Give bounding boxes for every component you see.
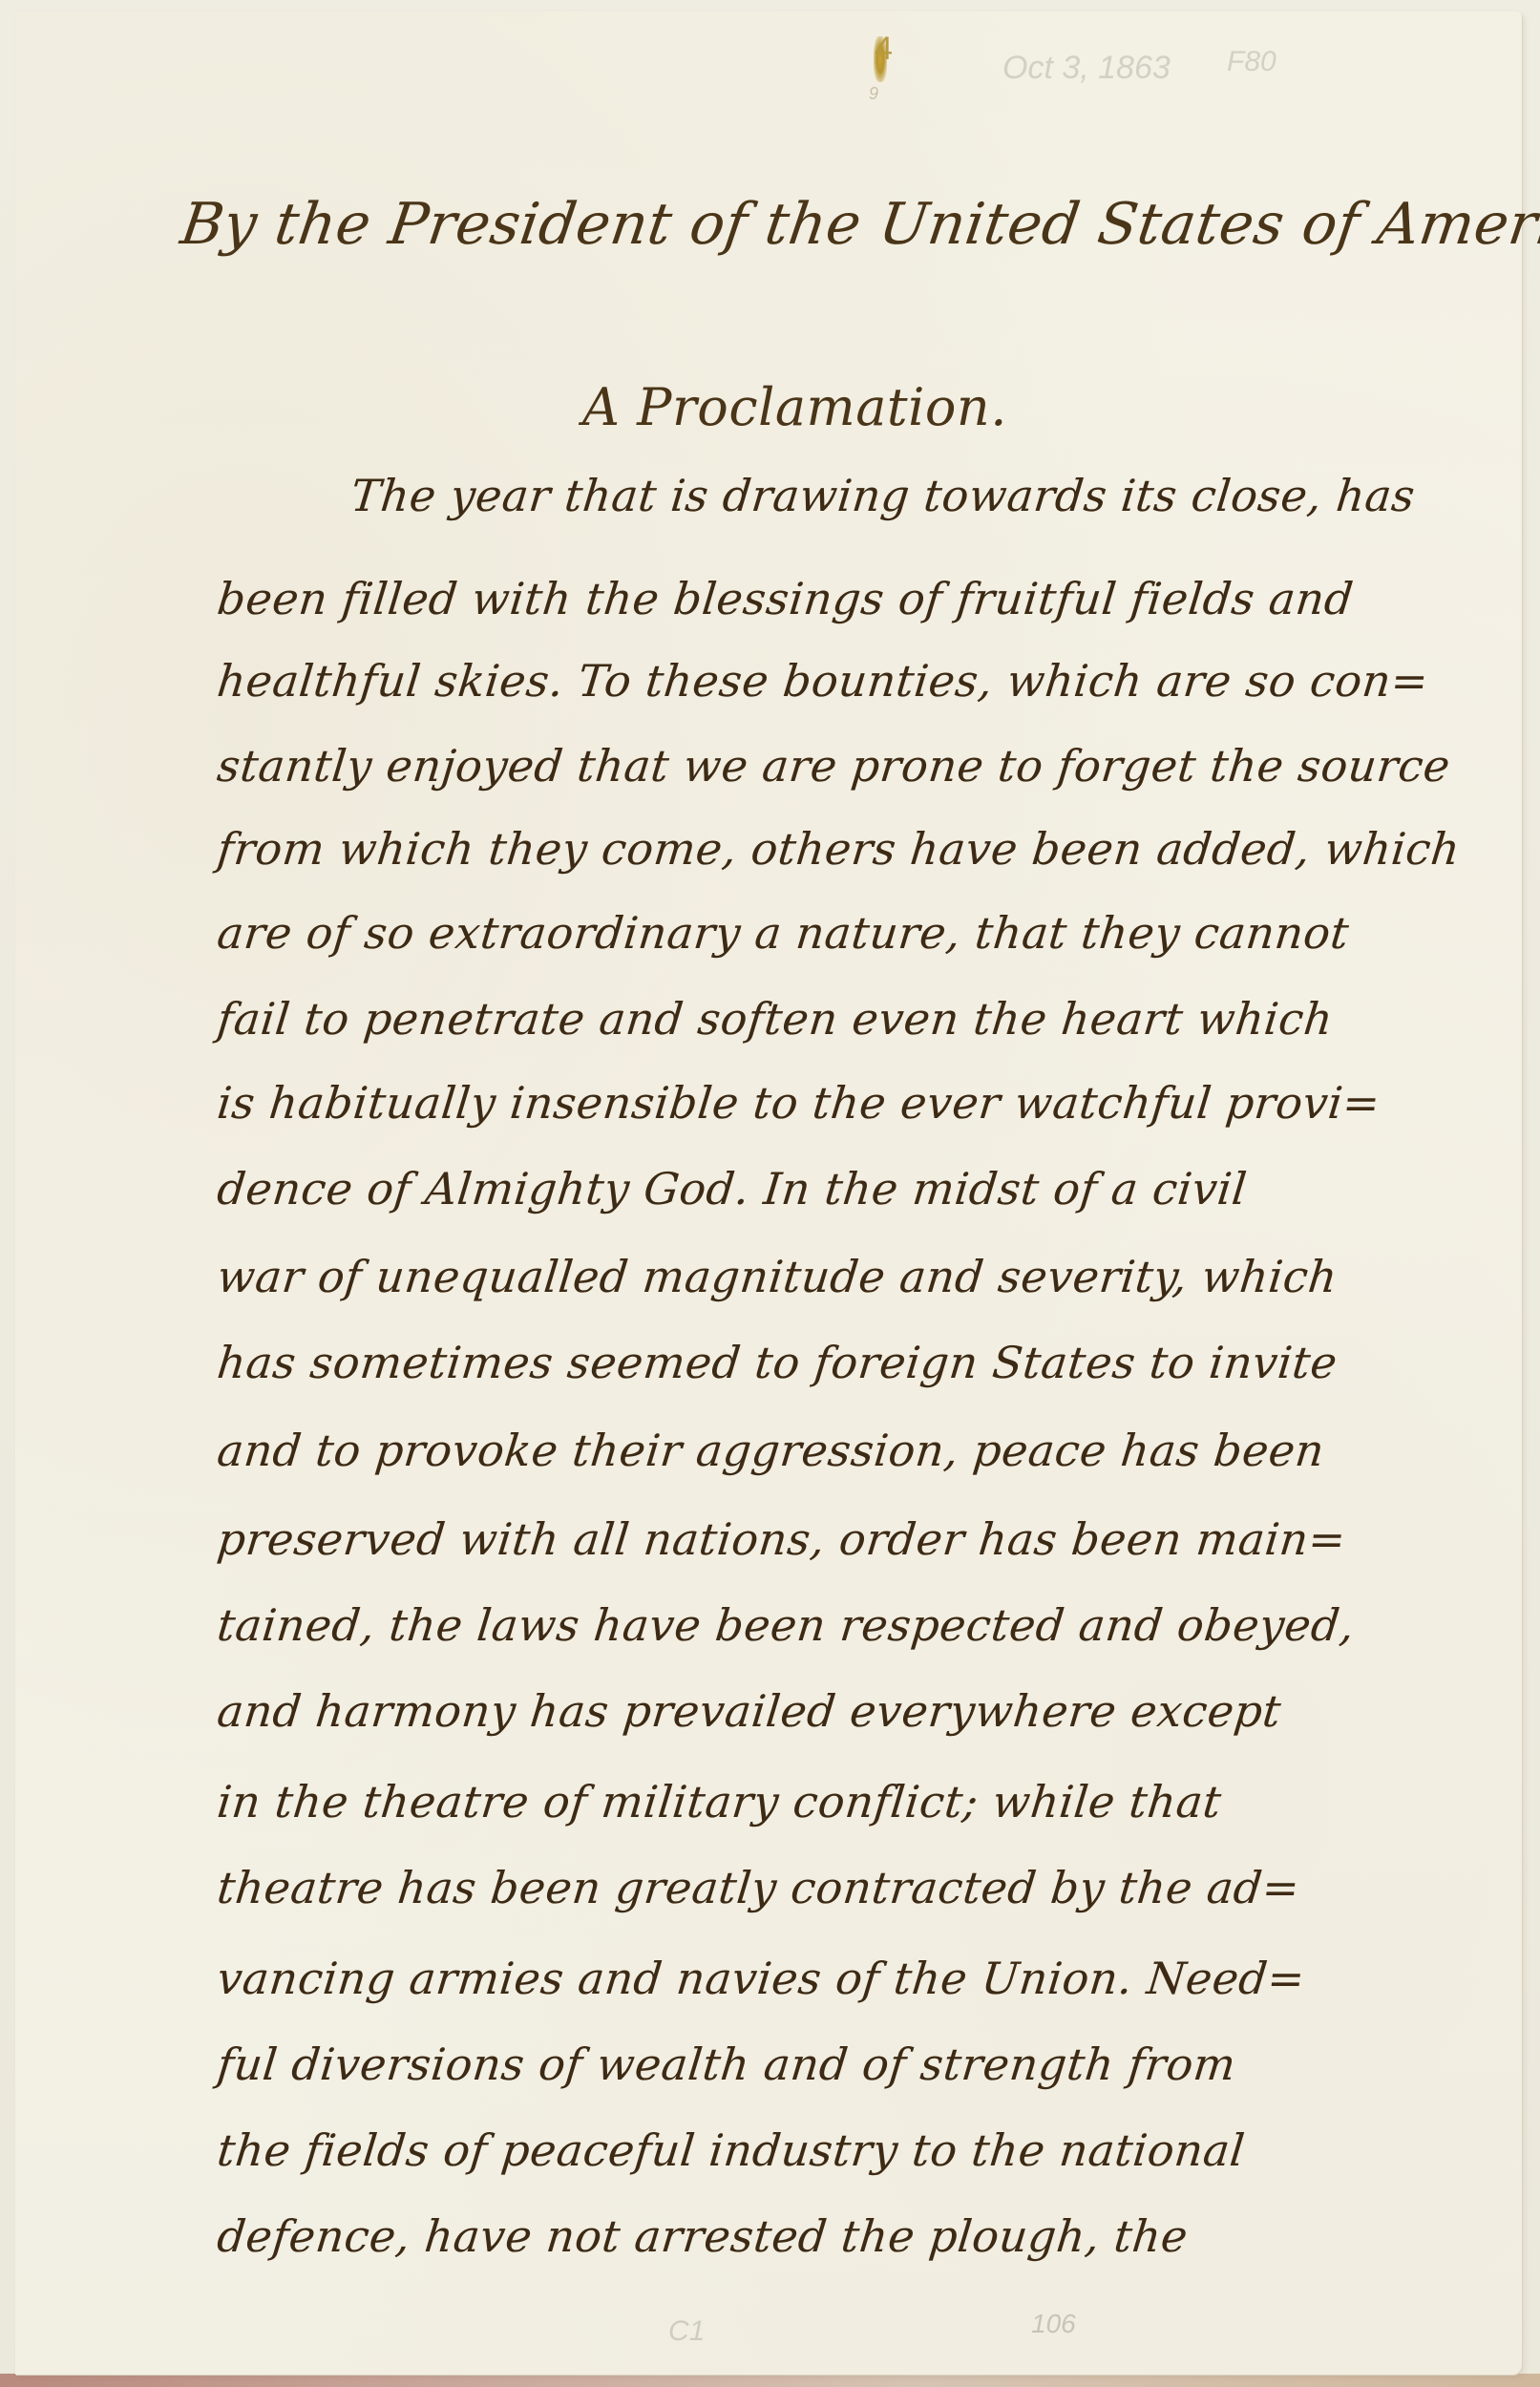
pencil-date-annotation: Oct 3, 1863: [1002, 50, 1171, 87]
pencil-folio-mark-left: C1: [668, 2315, 705, 2348]
text-line-3: healthful skies. To these bounties, whic…: [215, 655, 1431, 707]
pencil-reference-annotation: F80: [1227, 46, 1276, 78]
text-line-21: defence, have not arrested the plough, t…: [215, 2210, 1191, 2262]
text-line-13: preserved with all nations, order has be…: [215, 1513, 1348, 1565]
text-line-2: been filled with the blessings of fruitf…: [215, 573, 1356, 624]
text-line-4: stantly enjoyed that we are prone to for…: [215, 740, 1453, 792]
document-subheading: A Proclamation.: [582, 377, 1007, 437]
text-line-12: and to provoke their aggression, peace h…: [215, 1425, 1327, 1476]
text-line-19: ful diversions of wealth and of strength…: [215, 2038, 1238, 2090]
small-pencil-mark: 9: [869, 84, 878, 104]
text-line-20: the fields of peaceful industry to the n…: [215, 2124, 1247, 2176]
page-number-mark: 4: [875, 31, 893, 68]
pencil-folio-number: 106: [1031, 2309, 1076, 2339]
text-line-18: vancing armies and navies of the Union. …: [215, 1953, 1308, 2004]
text-line-15: and harmony has prevailed everywhere exc…: [215, 1685, 1284, 1737]
text-line-9: dence of Almighty God. In the midst of a…: [215, 1163, 1250, 1215]
text-line-7: fail to penetrate and soften even the he…: [215, 993, 1336, 1045]
text-line-14: tained, the laws have been respected and…: [215, 1599, 1357, 1651]
text-line-17: theatre has been greatly contracted by t…: [215, 1862, 1302, 1913]
text-line-5: from which they come, others have been a…: [215, 823, 1463, 875]
document-heading: By the President of the United States of…: [177, 191, 1540, 258]
text-line-8: is habitually insensible to the ever wat…: [215, 1077, 1382, 1129]
text-line-6: are of so extraordinary a nature, that t…: [215, 907, 1352, 959]
binding-edge: [0, 2374, 1540, 2387]
text-line-10: war of unequalled magnitude and severity…: [215, 1251, 1340, 1302]
text-line-16: in the theatre of military conflict; whi…: [215, 1776, 1224, 1827]
text-line-11: has sometimes seemed to foreign States t…: [215, 1337, 1340, 1388]
text-line-1: The year that is drawing towards its clo…: [348, 470, 1418, 521]
